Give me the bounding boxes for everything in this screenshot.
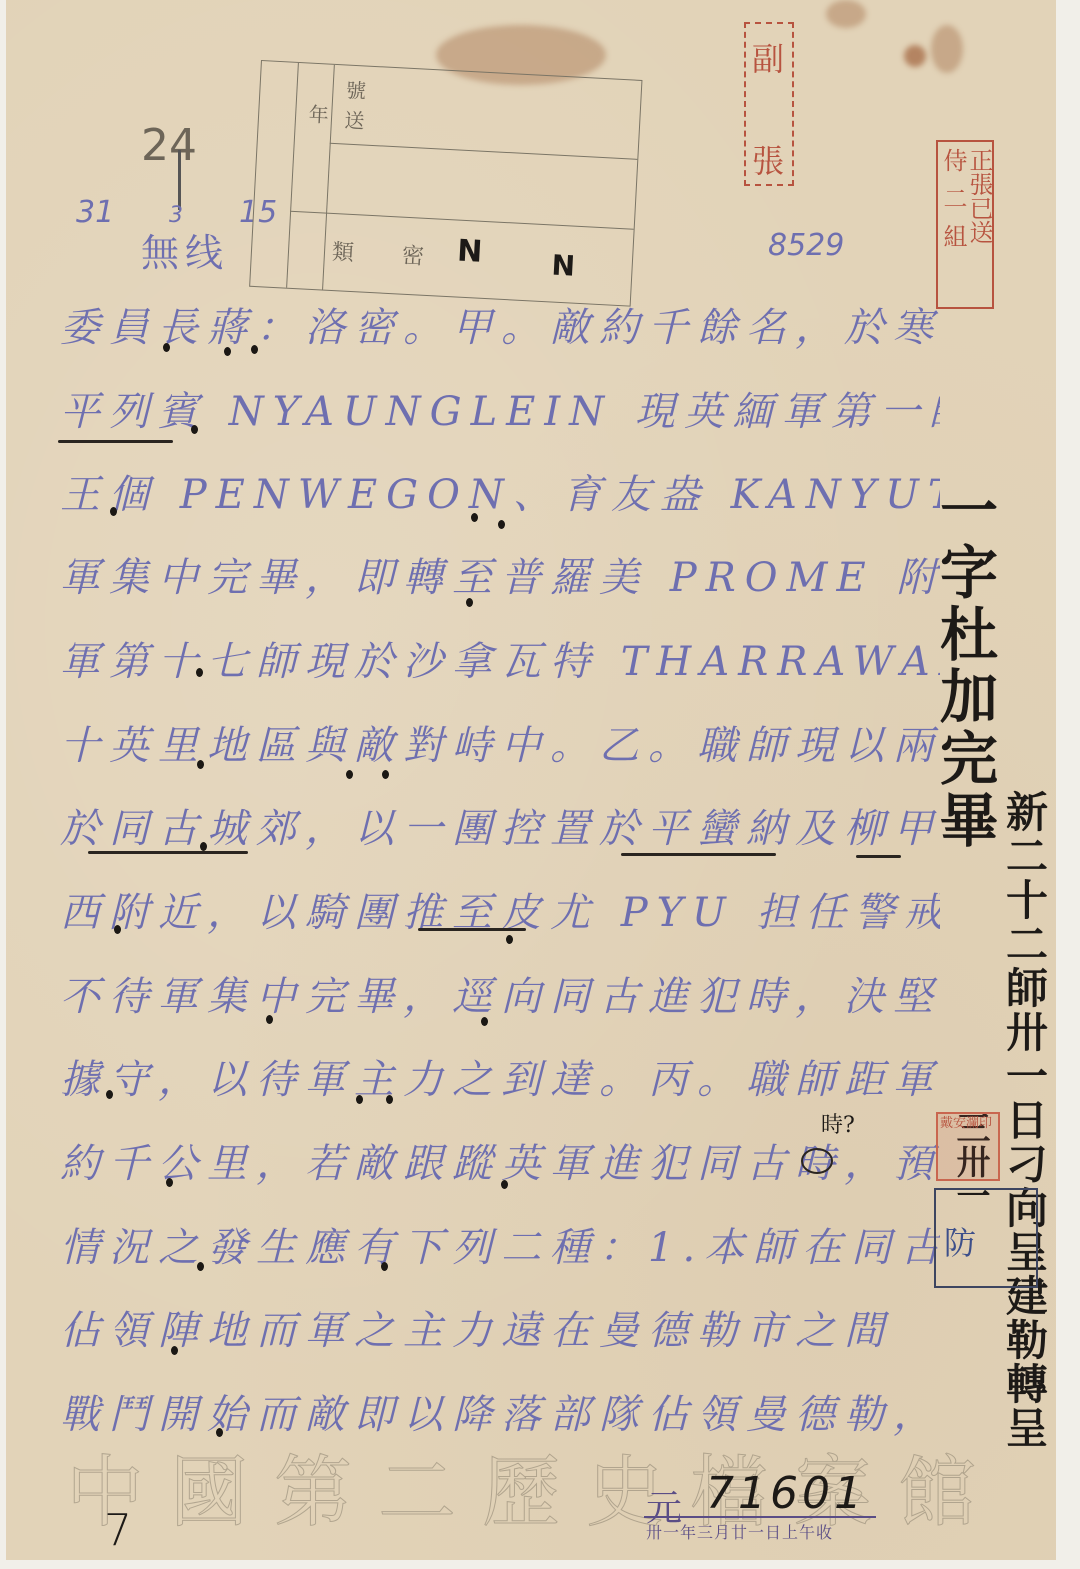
form-stamp-box: 年 號 送 類 密 N N bbox=[249, 60, 642, 307]
margin-insert: 時? bbox=[821, 1108, 855, 1139]
forward-stamp-col1: 正張已送 bbox=[966, 148, 992, 244]
blue-seal-text: 防 bbox=[944, 1218, 976, 1264]
received-number: 71601 bbox=[706, 1468, 866, 1519]
margin-char: 完 bbox=[930, 728, 998, 790]
copy-stamp-char: 副 bbox=[752, 34, 784, 80]
body-line-5: 軍第十七師現於沙拿瓦特 THARRAWADD 以南 bbox=[60, 627, 940, 697]
punctuation-dot bbox=[381, 1262, 388, 1271]
copy-stamp: 副 張 bbox=[744, 22, 794, 186]
punctuation-dot bbox=[110, 507, 117, 516]
punctuation-dot bbox=[224, 347, 231, 356]
mark-n: N bbox=[456, 234, 483, 270]
stain bbox=[904, 45, 926, 67]
place-underline bbox=[58, 440, 173, 443]
punctuation-dot bbox=[506, 935, 513, 944]
received-stamp: 卅一年三月廿一日上午收 bbox=[646, 1520, 833, 1543]
body-line-12: 情況之發生應有下列二種：1.本師在同古 bbox=[60, 1213, 940, 1283]
place-underline bbox=[621, 853, 776, 856]
margin-char: 杜 bbox=[930, 604, 998, 666]
forward-stamp: 正張已送 侍二組 bbox=[936, 140, 994, 309]
body-line-6: 十英里地區與敵對峙中。乙。職師現以兩團 bbox=[60, 711, 940, 781]
form-label-year: 年 bbox=[303, 103, 333, 124]
form-label-category: 類 bbox=[331, 235, 355, 267]
insertion-circle bbox=[801, 1148, 833, 1174]
body-line-2: 平列賓 NYAUNGLEIN 現英緬軍第一師撤至盆 bbox=[60, 377, 940, 447]
stain bbox=[931, 25, 963, 73]
punctuation-dot bbox=[191, 425, 198, 434]
body-line-9: 不待軍集中完畢，逕向同古進犯時，決堅固 bbox=[60, 962, 940, 1032]
mark-n: N bbox=[551, 249, 576, 283]
document-paper: 24 31 3 15 無线 8529 年 號 送 類 密 N N 副 張 正張已… bbox=[6, 0, 1056, 1560]
place-underline bbox=[88, 851, 248, 854]
punctuation-dot bbox=[266, 1015, 273, 1024]
form-label-send: 送 bbox=[338, 109, 368, 130]
punctuation-dot bbox=[163, 343, 170, 352]
body-line-10: 據守，以待軍主力之到達。丙。職師距軍主力 bbox=[60, 1045, 940, 1115]
punctuation-dot bbox=[200, 842, 207, 851]
punctuation-dot bbox=[466, 598, 473, 607]
punctuation-dot bbox=[481, 1017, 488, 1026]
pencil-number: 24 bbox=[141, 120, 197, 171]
margin-signature: 新二十二師卅一日刁向呈建勒轉呈 bbox=[999, 790, 1049, 1450]
place-underline bbox=[856, 855, 901, 858]
blue-seal: 防 bbox=[934, 1188, 1038, 1288]
form-divider bbox=[286, 63, 299, 288]
punctuation-dot bbox=[166, 1178, 173, 1187]
margin-char: 畢 bbox=[930, 790, 998, 852]
margin-char: 一 bbox=[930, 480, 998, 542]
body-line-4: 軍集中完畢，即轉至普羅美 PROME 附近，英緬 bbox=[60, 543, 940, 613]
form-label-number: 號 bbox=[340, 79, 370, 100]
punctuation-dot bbox=[471, 513, 478, 522]
red-seal-text: 戴安瀾印 bbox=[940, 1116, 996, 1131]
punctuation-dot bbox=[171, 1346, 178, 1355]
stain bbox=[826, 0, 866, 28]
punctuation-dot bbox=[356, 1095, 363, 1104]
punctuation-dot bbox=[382, 770, 389, 779]
punctuation-dot bbox=[114, 925, 121, 934]
punctuation-dot bbox=[196, 668, 203, 677]
punctuation-dot bbox=[106, 1090, 113, 1099]
margin-char: 字 bbox=[930, 542, 998, 604]
form-value-category: 密 bbox=[401, 239, 425, 271]
form-row-line bbox=[290, 211, 634, 230]
date-day: 31 bbox=[76, 195, 114, 230]
punctuation-dot bbox=[251, 345, 258, 354]
margin-char: 加 bbox=[930, 666, 998, 728]
received-rule bbox=[644, 1516, 876, 1518]
place-underline bbox=[418, 928, 526, 931]
pencil-stroke bbox=[178, 150, 181, 210]
body-line-13: 佔領陣地而軍之主力遠在曼德勒市之間 bbox=[60, 1296, 940, 1366]
body-line-8: 西附近，以騎團推至皮尤 PYU 担任警戒，如敵 bbox=[60, 878, 940, 948]
punctuation-dot bbox=[346, 770, 353, 779]
punctuation-dot bbox=[386, 1095, 393, 1104]
forward-stamp-col2: 侍二組 bbox=[940, 148, 966, 262]
punctuation-dot bbox=[197, 1262, 204, 1271]
copy-stamp-char: 張 bbox=[752, 136, 784, 182]
red-seal: 戴安瀾印 bbox=[936, 1112, 1000, 1181]
punctuation-dot bbox=[197, 760, 204, 769]
punctuation-dot bbox=[498, 520, 505, 529]
body-line-1: 委員長蔣：洛密。甲。敵約千餘名，於寒晚佔領 bbox=[60, 293, 940, 363]
punctuation-dot bbox=[501, 1180, 508, 1189]
pencil-mark: 7 bbox=[104, 1505, 132, 1556]
serial-number: 8529 bbox=[768, 228, 844, 263]
margin-note-main: 一字杜加完畢 bbox=[931, 480, 997, 852]
form-row-line bbox=[330, 143, 638, 160]
channel-label: 無线 bbox=[141, 222, 229, 277]
